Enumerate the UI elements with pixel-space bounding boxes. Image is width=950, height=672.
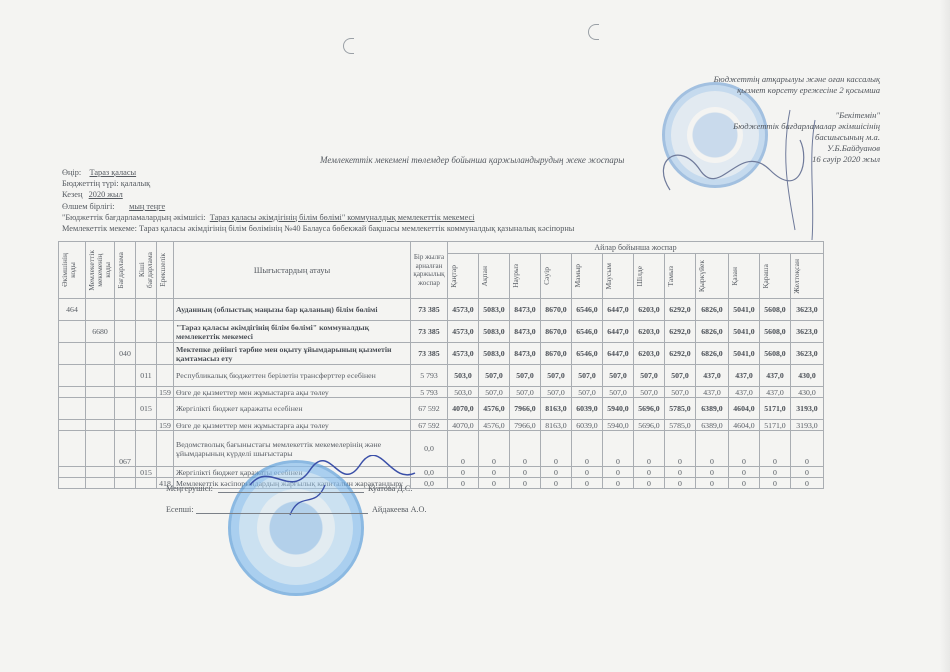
month-value: 3623,0 — [791, 343, 824, 365]
expense-name: Өзге де қызметтер мен жұмыстарға ақы төл… — [174, 387, 411, 398]
month-value: 5696,0 — [634, 420, 665, 431]
header-month: Шілде — [634, 254, 665, 299]
header-specific: Ерекшелік — [157, 242, 174, 299]
month-value: 507,0 — [479, 365, 510, 387]
period-value: 2020 жыл — [89, 190, 123, 199]
admin-code — [59, 387, 86, 398]
head-label: Меңгерушісі: — [166, 484, 213, 493]
specific-code — [157, 431, 174, 467]
month-value: 437,0 — [729, 387, 760, 398]
accountant-signature-line — [196, 513, 368, 514]
month-value: 4576,0 — [479, 420, 510, 431]
month-value: 430,0 — [791, 365, 824, 387]
institution-code — [86, 420, 115, 431]
program-code — [115, 321, 136, 343]
month-value: 6826,0 — [696, 321, 729, 343]
month-value: 5608,0 — [760, 299, 791, 321]
month-value: 4573,0 — [448, 299, 479, 321]
month-value: 507,0 — [634, 387, 665, 398]
admin-value: Тараз қаласы әкімдігінің білім бөлімі" к… — [210, 213, 475, 222]
specific-code: 159 — [157, 387, 174, 398]
header-month: Қаңтар — [448, 254, 479, 299]
month-value: 0 — [572, 467, 603, 478]
subprogram-code — [136, 387, 157, 398]
institution-code — [86, 299, 115, 321]
month-value: 0 — [729, 478, 760, 489]
month-value: 8163,0 — [541, 398, 572, 420]
expense-name: Өзге де қызметтер мен жұмыстарға ақы төл… — [174, 420, 411, 431]
month-value: 6203,0 — [634, 321, 665, 343]
header-month: Қыркүйек — [696, 254, 729, 299]
subprogram-code — [136, 299, 157, 321]
month-value: 0 — [572, 478, 603, 489]
month-value: 0 — [510, 467, 541, 478]
month-value: 0 — [448, 467, 479, 478]
month-value: 7966,0 — [510, 398, 541, 420]
specific-code — [157, 398, 174, 420]
program-code — [115, 387, 136, 398]
budget-type-value: қалалық — [121, 179, 150, 188]
header-month: Ақпан — [479, 254, 510, 299]
header-monthly-plan: Айлар бойынша жоспар — [448, 242, 824, 254]
month-value: 0 — [541, 478, 572, 489]
program-code: 067 — [115, 431, 136, 467]
header-month: Мамыр — [572, 254, 603, 299]
specific-code — [157, 343, 174, 365]
financing-plan-table: Әкімшінің коды Мемлекеттік мекеменің код… — [58, 241, 824, 489]
month-value: 6292,0 — [665, 321, 696, 343]
specific-code — [157, 321, 174, 343]
month-value: 0 — [729, 467, 760, 478]
annual-plan-value: 73 385 — [411, 299, 448, 321]
table-row: 464Ауданның (облыстық маңызы бар қаланың… — [59, 299, 824, 321]
month-value: 0 — [510, 431, 541, 467]
month-value: 437,0 — [696, 365, 729, 387]
scan-edge-shadow — [940, 0, 950, 672]
month-value: 437,0 — [760, 365, 791, 387]
month-value: 507,0 — [541, 387, 572, 398]
header-annual-plan: Бір жылға арналған қаржылық жоспар — [411, 242, 448, 299]
header-expense-name: Шығыстардың атауы — [174, 242, 411, 299]
annual-plan-value: 73 385 — [411, 343, 448, 365]
month-value: 507,0 — [572, 365, 603, 387]
expense-name: Республикалық бюджеттен берілетін трансф… — [174, 365, 411, 387]
month-value: 0 — [634, 478, 665, 489]
institution-value: Тараз қаласы әкімдігінің білім бөлімінің… — [139, 224, 574, 233]
month-value: 0 — [603, 478, 634, 489]
institution-code — [86, 387, 115, 398]
month-value: 0 — [603, 431, 634, 467]
month-value: 0 — [665, 431, 696, 467]
expense-name: "Тараз қаласы әкімдігінің білім бөлімі" … — [174, 321, 411, 343]
month-value: 437,0 — [729, 365, 760, 387]
table-row: 011Республикалық бюджеттен берілетін тра… — [59, 365, 824, 387]
month-value: 507,0 — [510, 365, 541, 387]
approved-label: "Бекітемін" — [690, 110, 880, 121]
head-name: Куатова Д.С. — [368, 484, 412, 493]
specific-code — [157, 467, 174, 478]
program-code — [115, 478, 136, 489]
scanned-document-page: Бюджеттің атқарылуы және оған кассалық қ… — [0, 0, 950, 672]
month-value: 4604,0 — [729, 420, 760, 431]
institution-code — [86, 365, 115, 387]
month-value: 0 — [665, 467, 696, 478]
month-value: 0 — [603, 467, 634, 478]
month-value: 0 — [448, 478, 479, 489]
month-value: 8473,0 — [510, 321, 541, 343]
institution-code: 6680 — [86, 321, 115, 343]
admin-code — [59, 420, 86, 431]
month-value: 0 — [634, 431, 665, 467]
month-value: 6826,0 — [696, 343, 729, 365]
month-value: 5696,0 — [634, 398, 665, 420]
subprogram-code — [136, 431, 157, 467]
month-value: 8163,0 — [541, 420, 572, 431]
table-row: 159Өзге де қызметтер мен жұмыстарға ақы … — [59, 387, 824, 398]
subprogram-code — [136, 478, 157, 489]
month-value: 3623,0 — [791, 299, 824, 321]
header-month: Қазан — [729, 254, 760, 299]
head-signature-line — [218, 492, 364, 493]
budget-type-label: Бюджеттің түрі: — [62, 179, 119, 188]
month-value: 0 — [541, 467, 572, 478]
month-value: 6039,0 — [572, 398, 603, 420]
specific-code — [157, 365, 174, 387]
header-admin-code: Әкімшінің коды — [59, 242, 86, 299]
institution-label: Мемлекеттік мекеме: — [62, 224, 137, 233]
month-value: 5940,0 — [603, 420, 634, 431]
program-code — [115, 398, 136, 420]
table-row: 015Жергілікті бюджет қаражаты есебінен67… — [59, 398, 824, 420]
admin-label: "Бюджеттік бағдарламалардың әкімшісі: — [62, 213, 206, 222]
month-value: 0 — [791, 478, 824, 489]
expense-name: Жергілікті бюджет қаражаты есебінен — [174, 398, 411, 420]
header-month: Желтоқсан — [791, 254, 824, 299]
month-value: 507,0 — [603, 365, 634, 387]
month-value: 4070,0 — [448, 420, 479, 431]
month-value: 437,0 — [696, 387, 729, 398]
header-institution-code: Мемлекеттік мекеменің коды — [86, 242, 115, 299]
approver-position-2: басшысының м.а. — [690, 132, 880, 143]
month-value: 507,0 — [665, 387, 696, 398]
month-value: 437,0 — [760, 387, 791, 398]
month-value: 6447,0 — [603, 299, 634, 321]
month-value: 4576,0 — [479, 398, 510, 420]
institution-code — [86, 343, 115, 365]
month-value: 8670,0 — [541, 321, 572, 343]
month-value: 0 — [510, 478, 541, 489]
table-row: 159Өзге де қызметтер мен жұмыстарға ақы … — [59, 420, 824, 431]
subprogram-code — [136, 343, 157, 365]
subprogram-code — [136, 420, 157, 431]
admin-code — [59, 321, 86, 343]
month-value: 5940,0 — [603, 398, 634, 420]
month-value: 0 — [696, 478, 729, 489]
subprogram-code — [136, 321, 157, 343]
region-label: Өңір: — [62, 168, 81, 177]
punch-hole-mark — [588, 24, 599, 40]
document-title: Мемлекеттік мекемені төлемдер бойынша қа… — [320, 155, 624, 165]
month-value: 507,0 — [479, 387, 510, 398]
month-value: 5785,0 — [665, 420, 696, 431]
unit-label: Өлшем бірлігі: — [62, 202, 115, 211]
month-value: 6292,0 — [665, 343, 696, 365]
admin-code — [59, 398, 86, 420]
table-row: 040Мектепке дейінгі тәрбие мен оқыту ұйы… — [59, 343, 824, 365]
annual-plan-value: 5 793 — [411, 387, 448, 398]
month-value: 5171,0 — [760, 398, 791, 420]
approver-position-1: Бюджеттік бағдарламалар әкімшісінің — [690, 121, 880, 132]
month-value: 5041,0 — [729, 343, 760, 365]
admin-code — [59, 343, 86, 365]
month-value: 0 — [696, 431, 729, 467]
month-value: 0 — [791, 431, 824, 467]
month-value: 507,0 — [572, 387, 603, 398]
specific-code: 159 — [157, 420, 174, 431]
accountant-label: Есепші: — [166, 505, 194, 514]
punch-hole-mark — [343, 38, 354, 54]
subprogram-code: 015 — [136, 467, 157, 478]
annual-plan-value: 5 793 — [411, 365, 448, 387]
month-value: 5041,0 — [729, 321, 760, 343]
month-value: 0 — [448, 431, 479, 467]
month-value: 507,0 — [665, 365, 696, 387]
month-value: 8670,0 — [541, 343, 572, 365]
month-value: 6389,0 — [696, 398, 729, 420]
admin-code — [59, 431, 86, 467]
month-value: 0 — [541, 431, 572, 467]
month-value: 503,0 — [448, 387, 479, 398]
program-code — [115, 299, 136, 321]
month-value: 5608,0 — [760, 321, 791, 343]
document-meta: Өңір: Тараз қаласы Бюджеттің түрі: қалал… — [62, 167, 574, 234]
header-subprogram: Кіші бағдарлама — [136, 242, 157, 299]
program-code: 040 — [115, 343, 136, 365]
month-value: 5608,0 — [760, 343, 791, 365]
institution-code — [86, 478, 115, 489]
expense-name: Мектепке дейінгі тәрбие мен оқыту ұйымда… — [174, 343, 411, 365]
month-value: 6389,0 — [696, 420, 729, 431]
header-month: Қараша — [760, 254, 791, 299]
month-value: 0 — [729, 431, 760, 467]
approval-date: 16 сәуір 2020 жыл — [690, 154, 880, 165]
table-row: 015Жергілікті бюджет қаражаты есебінен0,… — [59, 467, 824, 478]
month-value: 0 — [479, 431, 510, 467]
month-value: 0 — [696, 467, 729, 478]
annex-line-1: Бюджеттің атқарылуы және оған кассалық — [690, 74, 880, 85]
month-value: 4604,0 — [729, 398, 760, 420]
header-month: Тамыз — [665, 254, 696, 299]
month-value: 8473,0 — [510, 299, 541, 321]
month-value: 6039,0 — [572, 420, 603, 431]
month-value: 507,0 — [541, 365, 572, 387]
month-value: 5041,0 — [729, 299, 760, 321]
header-month: Наурыз — [510, 254, 541, 299]
month-value: 0 — [791, 467, 824, 478]
month-value: 507,0 — [510, 387, 541, 398]
month-value: 8473,0 — [510, 343, 541, 365]
annual-plan-value: 67 592 — [411, 420, 448, 431]
subprogram-code: 015 — [136, 398, 157, 420]
approver-name: У.Б.Байдуанов — [690, 143, 880, 154]
month-value: 5083,0 — [479, 343, 510, 365]
unit-value: мың теңге — [129, 202, 165, 211]
month-value: 3193,0 — [791, 420, 824, 431]
month-value: 4070,0 — [448, 398, 479, 420]
annex-line-2: қызмет көрсету ережесіне 2 қосымша — [690, 85, 880, 96]
program-code — [115, 365, 136, 387]
header-program: Бағдарлама — [115, 242, 136, 299]
approval-block: Бюджеттің атқарылуы және оған кассалық қ… — [690, 74, 880, 165]
annual-plan-value: 73 385 — [411, 321, 448, 343]
month-value: 6292,0 — [665, 299, 696, 321]
month-value: 5083,0 — [479, 299, 510, 321]
month-value: 0 — [479, 467, 510, 478]
month-value: 5083,0 — [479, 321, 510, 343]
program-code — [115, 420, 136, 431]
month-value: 6546,0 — [572, 343, 603, 365]
month-value: 7966,0 — [510, 420, 541, 431]
month-value: 6826,0 — [696, 299, 729, 321]
month-value: 0 — [634, 467, 665, 478]
month-value: 4573,0 — [448, 321, 479, 343]
month-value: 0 — [665, 478, 696, 489]
month-value: 0 — [760, 467, 791, 478]
month-value: 0 — [760, 478, 791, 489]
admin-code — [59, 467, 86, 478]
admin-code — [59, 478, 86, 489]
month-value: 3193,0 — [791, 398, 824, 420]
month-value: 6546,0 — [572, 299, 603, 321]
program-code — [115, 467, 136, 478]
month-value: 5785,0 — [665, 398, 696, 420]
header-month: Сәуір — [541, 254, 572, 299]
month-value: 0 — [760, 431, 791, 467]
month-value: 5171,0 — [760, 420, 791, 431]
month-value: 507,0 — [634, 365, 665, 387]
month-value: 6447,0 — [603, 343, 634, 365]
month-value: 6546,0 — [572, 321, 603, 343]
month-value: 0 — [479, 478, 510, 489]
expense-name: Ауданның (облыстық маңызы бар қаланың) б… — [174, 299, 411, 321]
month-value: 6203,0 — [634, 343, 665, 365]
month-value: 503,0 — [448, 365, 479, 387]
specific-code — [157, 299, 174, 321]
month-value: 430,0 — [791, 387, 824, 398]
month-value: 4573,0 — [448, 343, 479, 365]
header-month: Маусым — [603, 254, 634, 299]
accountant-name: Айдакеева А.О. — [372, 505, 427, 514]
month-value: 6203,0 — [634, 299, 665, 321]
month-value: 3623,0 — [791, 321, 824, 343]
institution-code — [86, 467, 115, 478]
subprogram-code: 011 — [136, 365, 157, 387]
month-value: 0 — [572, 431, 603, 467]
institution-code — [86, 431, 115, 467]
month-value: 6447,0 — [603, 321, 634, 343]
admin-code: 464 — [59, 299, 86, 321]
region-value: Тараз қаласы — [90, 168, 137, 177]
institution-code — [86, 398, 115, 420]
period-label: Кезең — [62, 190, 82, 199]
admin-code — [59, 365, 86, 387]
month-value: 507,0 — [603, 387, 634, 398]
table-row: 067Ведомстволық бағыныстағы мемлекеттік … — [59, 431, 824, 467]
annual-plan-value: 67 592 — [411, 398, 448, 420]
month-value: 8670,0 — [541, 299, 572, 321]
table-row: 6680"Тараз қаласы әкімдігінің білім бөлі… — [59, 321, 824, 343]
